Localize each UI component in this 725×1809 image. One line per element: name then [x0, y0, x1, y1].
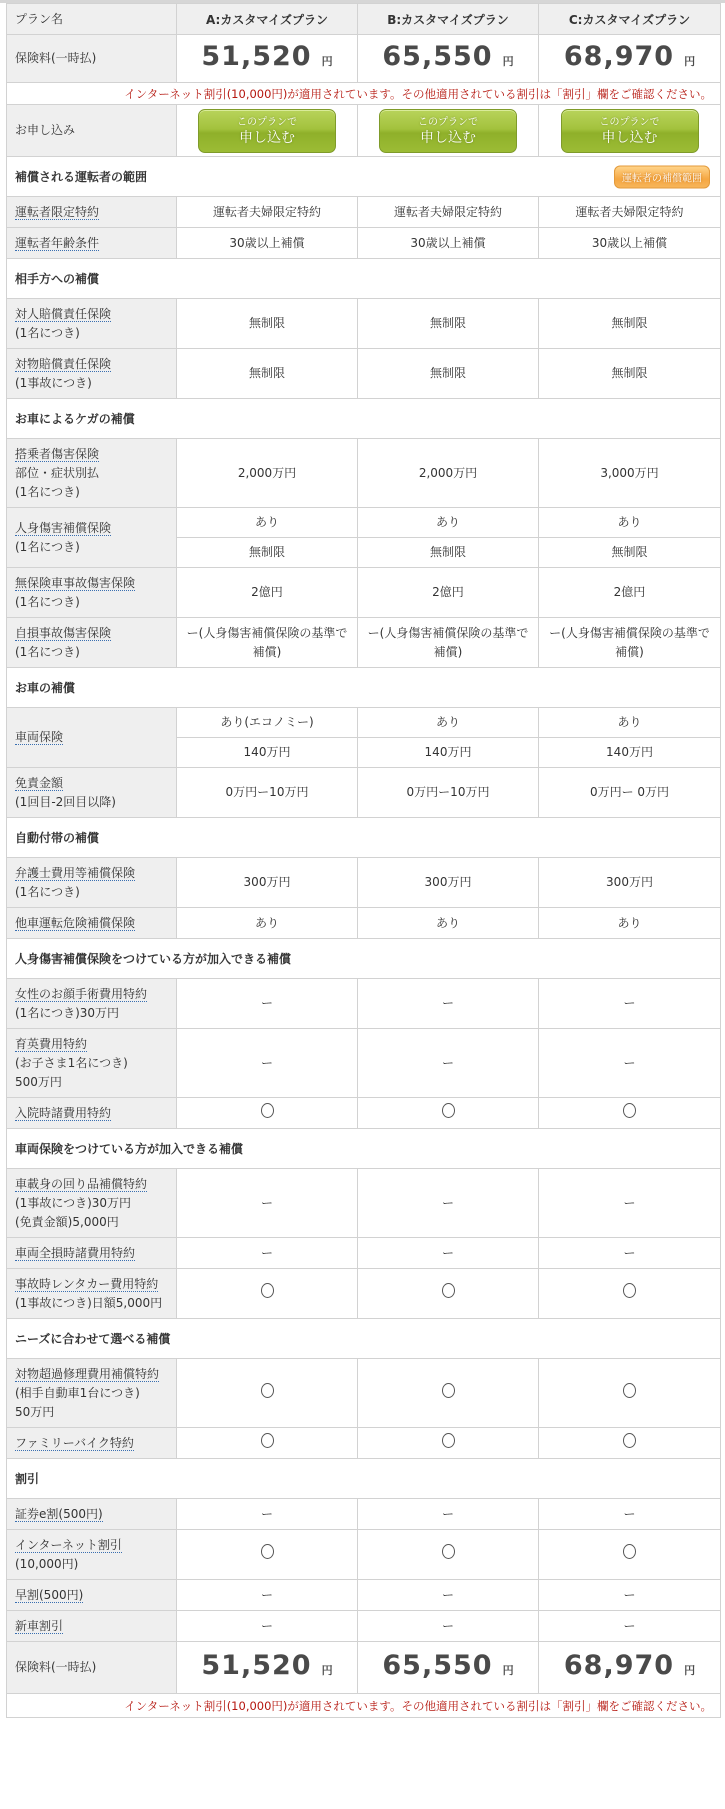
section-title-text: 割引 — [15, 1472, 39, 1486]
term-link[interactable]: 証券e割(500円) — [15, 1507, 103, 1522]
cell-value — [539, 1428, 721, 1459]
cell-value: 30歳以上補償 — [358, 228, 539, 259]
cell-value: 300万円 — [177, 858, 358, 908]
cell-value: ー — [177, 1238, 358, 1269]
row-label: 早割(500円) — [7, 1580, 177, 1611]
row-label: 搭乗者傷害保険部位・症状別払(1名につき) — [7, 439, 177, 508]
included-circle-icon — [623, 1433, 636, 1448]
section-title: お車によるケガの補償 — [7, 399, 721, 439]
section-header-row: 自動付帯の補償 — [7, 818, 721, 858]
row-label: 育英費用特約(お子さま1名につき)500万円 — [7, 1029, 177, 1098]
section-header-row: ニーズに合わせて選べる補償 — [7, 1319, 721, 1359]
cell-value: ー — [358, 1238, 539, 1269]
cell-value — [539, 1098, 721, 1129]
table-row: 車載身の回り品補償特約(1事故につき)30万円(免責金額)5,000円ーーー — [7, 1169, 721, 1238]
table-row: 女性のお顔手術費用特約(1名につき)30万円ーーー — [7, 979, 721, 1029]
row-label: 運転者年齢条件 — [7, 228, 177, 259]
term-link[interactable]: 女性のお顔手術費用特約 — [15, 987, 147, 1002]
cell-value: ー — [177, 979, 358, 1029]
cell-value: ー — [539, 979, 721, 1029]
yen-unit: 円 — [503, 55, 514, 68]
table-row: 搭乗者傷害保険部位・症状別払(1名につき)2,000万円2,000万円3,000… — [7, 439, 721, 508]
cell-value: 運転者夫婦限定特約 — [358, 197, 539, 228]
section-title: お車の補償 — [7, 668, 721, 708]
premium-value: 68,970 — [564, 41, 674, 72]
cell-value — [177, 1098, 358, 1129]
cell-value — [177, 1428, 358, 1459]
section-header-row: 補償される運転者の範囲運転者の補償範囲 — [7, 157, 721, 197]
section-header-row: 相手方への補償 — [7, 259, 721, 299]
table-row: 車両全損時諸費用特約ーーー — [7, 1238, 721, 1269]
cell-value: 300万円 — [358, 858, 539, 908]
term-link[interactable]: 他車運転危険補償保険 — [15, 916, 135, 931]
cell-value: ー — [358, 1499, 539, 1530]
term-link[interactable]: 運転者年齢条件 — [15, 236, 99, 251]
apply-plan-a-button[interactable]: このプランで申し込む — [198, 109, 336, 153]
cell-value: ー — [358, 1580, 539, 1611]
yen-unit: 円 — [503, 1664, 514, 1677]
cell-value: 無制限 — [539, 349, 721, 399]
cell-value: ー — [539, 1238, 721, 1269]
term-link[interactable]: 対物超過修理費用補償特約 — [15, 1367, 159, 1382]
cell-value — [539, 1359, 721, 1428]
row-label-sub: (1事故につき)日額5,000円 — [15, 1296, 162, 1310]
term-link[interactable]: ファミリーバイク特約 — [15, 1436, 134, 1451]
cell-value: 30歳以上補償 — [177, 228, 358, 259]
apply-plan-b-button[interactable]: このプランで申し込む — [379, 109, 517, 153]
apply-row: お申し込み このプランで申し込む このプランで申し込む このプランで申し込む — [7, 105, 721, 157]
cell-value: 140万円 — [177, 738, 358, 768]
row-label: 対物賠償責任保険(1事故につき) — [7, 349, 177, 399]
section-title-text: 人身傷害補償保険をつけている方が加入できる補償 — [15, 952, 291, 966]
table-row: 対人賠償責任保険(1名につき)無制限無制限無制限 — [7, 299, 721, 349]
table-row: ファミリーバイク特約 — [7, 1428, 721, 1459]
cell-value: あり — [358, 708, 539, 738]
section-title-text: お車によるケガの補償 — [15, 412, 135, 426]
section-title-text: お車の補償 — [15, 681, 75, 695]
cell-value: ー — [177, 1611, 358, 1642]
cell-value — [358, 1269, 539, 1319]
premium-label: 保険料(一時払) — [7, 35, 177, 83]
table-row: 証券e割(500円)ーーー — [7, 1499, 721, 1530]
cell-value: 2億円 — [358, 568, 539, 618]
cell-value: 0万円ー10万円 — [177, 768, 358, 818]
row-label-sub: (1名につき) — [15, 540, 80, 554]
included-circle-icon — [261, 1544, 274, 1559]
cell-value: 0万円ー 0万円 — [539, 768, 721, 818]
discount-notice-row-top: インターネット割引(10,000円)が適用されています。その他適用されている割引… — [7, 83, 721, 105]
cell-value: 無制限 — [177, 299, 358, 349]
term-link[interactable]: 弁護士費用等補償保険 — [15, 866, 135, 881]
included-circle-icon — [442, 1283, 455, 1298]
row-label: 車両全損時諸費用特約 — [7, 1238, 177, 1269]
table-row: 自損事故傷害保険(1名につき)ー(人身傷害補償保険の基準で補償)ー(人身傷害補償… — [7, 618, 721, 668]
cell-value: あり — [177, 908, 358, 939]
row-label-sub: (10,000円) — [15, 1557, 78, 1571]
cell-value: ー(人身傷害補償保険の基準で補償) — [539, 618, 721, 668]
cell-value: あり — [539, 708, 721, 738]
section-title: 人身傷害補償保険をつけている方が加入できる補償 — [7, 939, 721, 979]
premium-row-bottom: 保険料(一時払) 51,520円 65,550円 68,970円 — [7, 1642, 721, 1694]
table-row: 車両保険あり(エコノミー)ありあり — [7, 708, 721, 738]
table-row: 他車運転危険補償保険ありありあり — [7, 908, 721, 939]
term-link[interactable]: インターネット割引 — [15, 1538, 122, 1553]
cell-value: あり — [539, 908, 721, 939]
row-label: ファミリーバイク特約 — [7, 1428, 177, 1459]
cell-value: 無制限 — [358, 299, 539, 349]
term-link[interactable]: 自損事故傷害保険 — [15, 626, 111, 641]
included-circle-icon — [442, 1433, 455, 1448]
cell-value: 140万円 — [358, 738, 539, 768]
row-label-sub: (1名につき)30万円 — [15, 1006, 119, 1020]
row-label: 無保険車事故傷害保険(1名につき) — [7, 568, 177, 618]
term-link[interactable]: 対物賠償責任保険 — [15, 357, 111, 372]
cell-value: あり(エコノミー) — [177, 708, 358, 738]
cell-value: 2,000万円 — [177, 439, 358, 508]
row-label: 事故時レンタカー費用特約(1事故につき)日額5,000円 — [7, 1269, 177, 1319]
section-title: 車両保険をつけている方が加入できる補償 — [7, 1129, 721, 1169]
premium-value: 68,970 — [564, 1650, 674, 1681]
cell-value — [539, 1269, 721, 1319]
row-label-sub: (1名につき) — [15, 885, 80, 899]
row-label-sub: (1事故につき) — [15, 376, 92, 390]
row-label: 弁護士費用等補償保険(1名につき) — [7, 858, 177, 908]
section-header-row: 人身傷害補償保険をつけている方が加入できる補償 — [7, 939, 721, 979]
included-circle-icon — [442, 1544, 455, 1559]
section-title-text: 補償される運転者の範囲 — [15, 170, 147, 184]
cell-value: ー(人身傷害補償保険の基準で補償) — [177, 618, 358, 668]
cell-value: あり — [539, 508, 721, 538]
discount-notice: インターネット割引(10,000円)が適用されています。その他適用されている割引… — [7, 83, 721, 105]
cell-value: ー — [539, 1169, 721, 1238]
row-label-sub: (1名につき) — [15, 645, 80, 659]
term-link[interactable]: 運転者限定特約 — [15, 205, 99, 220]
row-label: インターネット割引(10,000円) — [7, 1530, 177, 1580]
premium-value: 65,550 — [382, 1650, 492, 1681]
section-header-row: お車の補償 — [7, 668, 721, 708]
plan-comparison-table: プラン名 A:カスタマイズプラン B:カスタマイズプラン C:カスタマイズプラン… — [6, 3, 721, 1718]
cell-value: あり — [177, 508, 358, 538]
row-label: 対物超過修理費用補償特約(相手自動車1台につき)50万円 — [7, 1359, 177, 1428]
row-label-sub: (相手自動車1台につき) — [15, 1386, 140, 1400]
included-circle-icon — [623, 1283, 636, 1298]
term-link[interactable]: 車載身の回り品補償特約 — [15, 1177, 147, 1192]
term-link[interactable]: 対人賠償責任保険 — [15, 307, 111, 322]
included-circle-icon — [261, 1433, 274, 1448]
plan-b-name: B:カスタマイズプラン — [358, 4, 539, 35]
row-label-sub: 500万円 — [15, 1075, 62, 1089]
premium-value: 65,550 — [382, 41, 492, 72]
table-row: 早割(500円)ーーー — [7, 1580, 721, 1611]
term-link[interactable]: 搭乗者傷害保険 — [15, 447, 99, 462]
section-title-text: ニーズに合わせて選べる補償 — [15, 1332, 170, 1346]
table-row: 対物賠償責任保険(1事故につき)無制限無制限無制限 — [7, 349, 721, 399]
section-title: 自動付帯の補償 — [7, 818, 721, 858]
cell-value: ー — [539, 1499, 721, 1530]
term-link[interactable]: 早割(500円) — [15, 1588, 83, 1603]
included-circle-icon — [261, 1283, 274, 1298]
row-label: 証券e割(500円) — [7, 1499, 177, 1530]
row-label: 運転者限定特約 — [7, 197, 177, 228]
row-label: 入院時諸費用特約 — [7, 1098, 177, 1129]
yen-unit: 円 — [322, 55, 333, 68]
term-link[interactable]: 育英費用特約 — [15, 1037, 87, 1052]
plan-c-premium: 68,970円 — [539, 35, 721, 83]
section-title-text: 車両保険をつけている方が加入できる補償 — [15, 1142, 243, 1156]
cell-value: 30歳以上補償 — [539, 228, 721, 259]
cell-value — [177, 1530, 358, 1580]
table-row: 免責金額(1回目-2回目以降)0万円ー10万円0万円ー10万円0万円ー 0万円 — [7, 768, 721, 818]
plan-c-name: C:カスタマイズプラン — [539, 4, 721, 35]
premium-value: 51,520 — [201, 1650, 311, 1681]
cell-value: ー — [539, 1029, 721, 1098]
row-label: 車両保険 — [7, 708, 177, 768]
yen-unit: 円 — [684, 55, 695, 68]
row-label: 女性のお顔手術費用特約(1名につき)30万円 — [7, 979, 177, 1029]
cell-value — [358, 1098, 539, 1129]
cell-value — [358, 1359, 539, 1428]
section-header-row: 割引 — [7, 1459, 721, 1499]
discount-notice-row-bottom: インターネット割引(10,000円)が適用されています。その他適用されている割引… — [7, 1694, 721, 1718]
cell-value: 2億円 — [539, 568, 721, 618]
cell-value: 140万円 — [539, 738, 721, 768]
included-circle-icon — [442, 1383, 455, 1398]
row-label-sub: (お子さま1名につき) — [15, 1056, 128, 1070]
section-header-row: お車によるケガの補償 — [7, 399, 721, 439]
row-label: 他車運転危険補償保険 — [7, 908, 177, 939]
table-row: 弁護士費用等補償保険(1名につき)300万円300万円300万円 — [7, 858, 721, 908]
premium-label: 保険料(一時払) — [7, 1642, 177, 1694]
term-link[interactable]: 車両全損時諸費用特約 — [15, 1246, 135, 1261]
term-link[interactable]: 入院時諸費用特約 — [15, 1106, 111, 1121]
cell-value: 300万円 — [539, 858, 721, 908]
premium-value: 51,520 — [201, 41, 311, 72]
table-row: 運転者年齢条件30歳以上補償30歳以上補償30歳以上補償 — [7, 228, 721, 259]
row-label-sub: (1事故につき)30万円 — [15, 1196, 131, 1210]
plan-a-name: A:カスタマイズプラン — [177, 4, 358, 35]
term-link[interactable]: 人身傷害補償保険 — [15, 521, 111, 536]
section-title: ニーズに合わせて選べる補償 — [7, 1319, 721, 1359]
term-link[interactable]: 事故時レンタカー費用特約 — [15, 1277, 158, 1292]
cell-value — [539, 1530, 721, 1580]
row-label-sub: (1名につき) — [15, 326, 80, 340]
term-link[interactable]: 無保険車事故傷害保険 — [15, 576, 135, 591]
cell-value: ー(人身傷害補償保険の基準で補償) — [358, 618, 539, 668]
table-row: 新車割引ーーー — [7, 1611, 721, 1642]
section-header-row: 車両保険をつけている方が加入できる補償 — [7, 1129, 721, 1169]
included-circle-icon — [623, 1383, 636, 1398]
cell-value: 2,000万円 — [358, 439, 539, 508]
cell-value — [177, 1359, 358, 1428]
row-label-sub: (1名につき) — [15, 595, 80, 609]
cell-value: 2億円 — [177, 568, 358, 618]
cell-value: 無制限 — [358, 349, 539, 399]
cell-value: ー — [358, 1169, 539, 1238]
table-row: 人身傷害補償保険(1名につき)ありありあり — [7, 508, 721, 538]
row-label: 車載身の回り品補償特約(1事故につき)30万円(免責金額)5,000円 — [7, 1169, 177, 1238]
term-link[interactable]: 車両保険 — [15, 730, 63, 745]
cell-value: 無制限 — [358, 538, 539, 568]
cell-value: 無制限 — [177, 349, 358, 399]
yen-unit: 円 — [684, 1664, 695, 1677]
cell-value: ー — [358, 1611, 539, 1642]
included-circle-icon — [442, 1103, 455, 1118]
cell-value: ー — [539, 1580, 721, 1611]
row-label-sub: (1名につき) — [15, 485, 80, 499]
premium-row-top: 保険料(一時払) 51,520円 65,550円 68,970円 — [7, 35, 721, 83]
cell-value: 無制限 — [177, 538, 358, 568]
section-title: 割引 — [7, 1459, 721, 1499]
cell-value: 運転者夫婦限定特約 — [539, 197, 721, 228]
included-circle-icon — [623, 1103, 636, 1118]
cell-value: 無制限 — [539, 299, 721, 349]
section-title: 相手方への補償 — [7, 259, 721, 299]
section-title-text: 自動付帯の補償 — [15, 831, 99, 845]
section-title: 補償される運転者の範囲運転者の補償範囲 — [7, 157, 721, 197]
row-label: 自損事故傷害保険(1名につき) — [7, 618, 177, 668]
discount-notice: インターネット割引(10,000円)が適用されています。その他適用されている割引… — [7, 1694, 721, 1718]
table-row: 無保険車事故傷害保険(1名につき)2億円2億円2億円 — [7, 568, 721, 618]
cell-value: 無制限 — [539, 538, 721, 568]
cell-value: 0万円ー10万円 — [358, 768, 539, 818]
cell-value — [358, 1530, 539, 1580]
plan-name-label: プラン名 — [7, 4, 177, 35]
table-row: 育英費用特約(お子さま1名につき)500万円ーーー — [7, 1029, 721, 1098]
cell-value: ー — [177, 1169, 358, 1238]
row-label-sub: 部位・症状別払 — [15, 466, 99, 480]
term-link[interactable]: 免責金額 — [15, 776, 63, 791]
section-title-text: 相手方への補償 — [15, 272, 99, 286]
table-row: 対物超過修理費用補償特約(相手自動車1台につき)50万円 — [7, 1359, 721, 1428]
cell-value: あり — [358, 508, 539, 538]
cell-value: ー — [177, 1499, 358, 1530]
cell-value — [177, 1269, 358, 1319]
included-circle-icon — [261, 1103, 274, 1118]
row-label-sub: (免責金額)5,000円 — [15, 1215, 119, 1229]
plan-b-premium: 65,550円 — [358, 35, 539, 83]
apply-label: お申し込み — [7, 105, 177, 157]
included-circle-icon — [261, 1383, 274, 1398]
cell-value: ー — [177, 1580, 358, 1611]
cell-value: 運転者夫婦限定特約 — [177, 197, 358, 228]
row-label: 人身傷害補償保険(1名につき) — [7, 508, 177, 568]
row-label: 免責金額(1回目-2回目以降) — [7, 768, 177, 818]
cell-value: ー — [539, 1611, 721, 1642]
cell-value: ー — [358, 979, 539, 1029]
cell-value: ー — [177, 1029, 358, 1098]
yen-unit: 円 — [322, 1664, 333, 1677]
table-row: 事故時レンタカー費用特約(1事故につき)日額5,000円 — [7, 1269, 721, 1319]
driver-scope-button[interactable]: 運転者の補償範囲 — [614, 165, 710, 188]
plan-name-row: プラン名 A:カスタマイズプラン B:カスタマイズプラン C:カスタマイズプラン — [7, 4, 721, 35]
apply-plan-c-button[interactable]: このプランで申し込む — [561, 109, 699, 153]
row-label-sub: (1回目-2回目以降) — [15, 795, 116, 809]
plan-a-premium: 51,520円 — [177, 35, 358, 83]
cell-value — [358, 1428, 539, 1459]
cell-value: あり — [358, 908, 539, 939]
table-row: 運転者限定特約運転者夫婦限定特約運転者夫婦限定特約運転者夫婦限定特約 — [7, 197, 721, 228]
row-label: 対人賠償責任保険(1名につき) — [7, 299, 177, 349]
term-link[interactable]: 新車割引 — [15, 1619, 63, 1634]
table-row: 入院時諸費用特約 — [7, 1098, 721, 1129]
table-row: インターネット割引(10,000円) — [7, 1530, 721, 1580]
cell-value: ー — [358, 1029, 539, 1098]
included-circle-icon — [623, 1544, 636, 1559]
row-label: 新車割引 — [7, 1611, 177, 1642]
cell-value: 3,000万円 — [539, 439, 721, 508]
row-label-sub: 50万円 — [15, 1405, 54, 1419]
